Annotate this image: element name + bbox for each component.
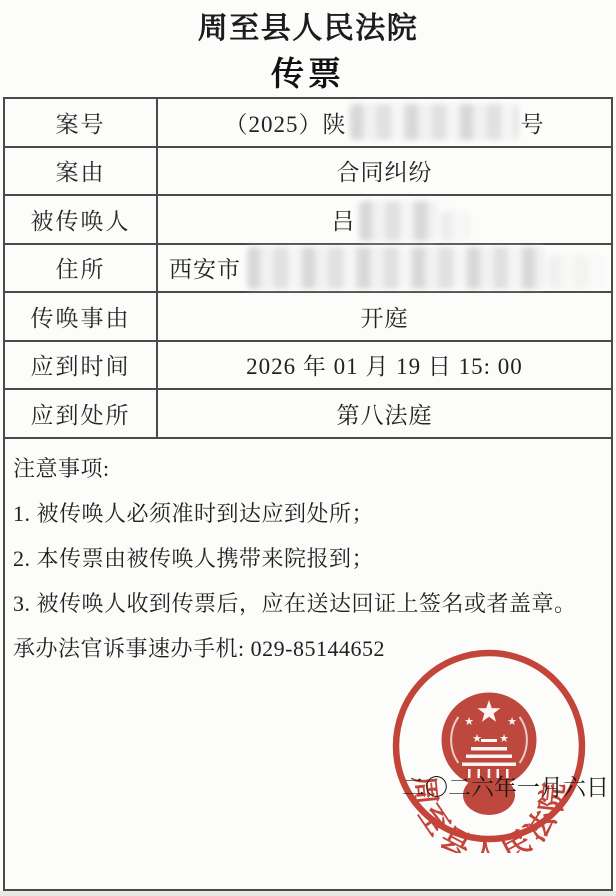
table-row-address: 住所 西安市: [5, 245, 611, 294]
appear-place-value: 第八法庭: [158, 390, 611, 437]
summoned-person-value: 吕: [174, 196, 616, 243]
table-row-cause: 案由 合同纠纷: [5, 148, 611, 197]
appear-place-label: 应到处所: [5, 390, 158, 437]
notes-item-1: 1. 被传唤人必须准时到达应到处所；: [13, 491, 603, 536]
court-seal-graphic: ★ ★ ★ ★ 周至县人民法院: [396, 653, 582, 853]
redaction-blur-address-tail: [548, 255, 604, 289]
table-row-appear-time: 应到时间 2026 年 01 月 19 日 15: 00: [5, 342, 611, 391]
case-number-value: （2025）陕 号: [158, 99, 611, 146]
redaction-blur-name: [359, 201, 437, 241]
court-name-title: 周至县人民法院: [0, 3, 616, 47]
emblem-small-star-icon: ★: [507, 716, 517, 728]
table-row-summons-reason: 传唤事由 开庭: [5, 293, 611, 342]
notes-header: 注意事项:: [13, 446, 603, 491]
cause-value: 合同纠纷: [158, 148, 611, 195]
table-row-appear-place: 应到处所 第八法庭: [5, 390, 611, 439]
address-label: 住所: [5, 245, 158, 292]
summons-reason-value: 开庭: [158, 293, 611, 340]
table-row-summoned-person: 被传唤人 吕: [5, 196, 611, 245]
case-number-suffix: 号: [521, 106, 545, 139]
court-seal: ★ ★ ★ ★ 周至县人民法院: [384, 639, 594, 853]
redaction-blur-address: [247, 247, 545, 289]
emblem-small-star-icon: ★: [464, 716, 474, 728]
notes-item-2: 2. 本传票由被传唤人携带来院报到；: [13, 536, 603, 581]
case-number-label: 案号: [5, 99, 158, 146]
cause-label: 案由: [5, 148, 158, 195]
document-date: 二〇二六年一月六日: [402, 769, 609, 802]
case-number-prefix: （2025）陕: [225, 106, 347, 139]
summoned-person-surname: 吕: [332, 203, 356, 236]
table-row-case-number: 案号 （2025）陕 号: [5, 99, 611, 148]
document-type-title: 传票: [0, 48, 616, 95]
emblem-small-star-icon: ★: [472, 733, 482, 745]
redaction-blur-name-tail: [440, 211, 470, 241]
appear-time-value: 2026 年 01 月 19 日 15: 00: [158, 342, 611, 389]
address-prefix: 西安市: [169, 251, 241, 284]
redaction-blur-case-number: [350, 104, 518, 140]
appear-time-label: 应到时间: [5, 342, 158, 389]
summoned-person-label: 被传唤人: [5, 196, 158, 243]
emblem-small-star-icon: ★: [499, 733, 509, 745]
scan-edge-strip: [0, 891, 616, 896]
summons-reason-label: 传唤事由: [5, 293, 158, 340]
notes-item-3: 3. 被传唤人收到传票后，应在送达回证上签名或者盖章。: [13, 581, 603, 626]
address-value: 西安市: [158, 245, 611, 292]
court-summons-document: 周至县人民法院 传票 案号 （2025）陕 号 案由 合同纠纷 被传唤人 吕 住…: [0, 0, 616, 896]
